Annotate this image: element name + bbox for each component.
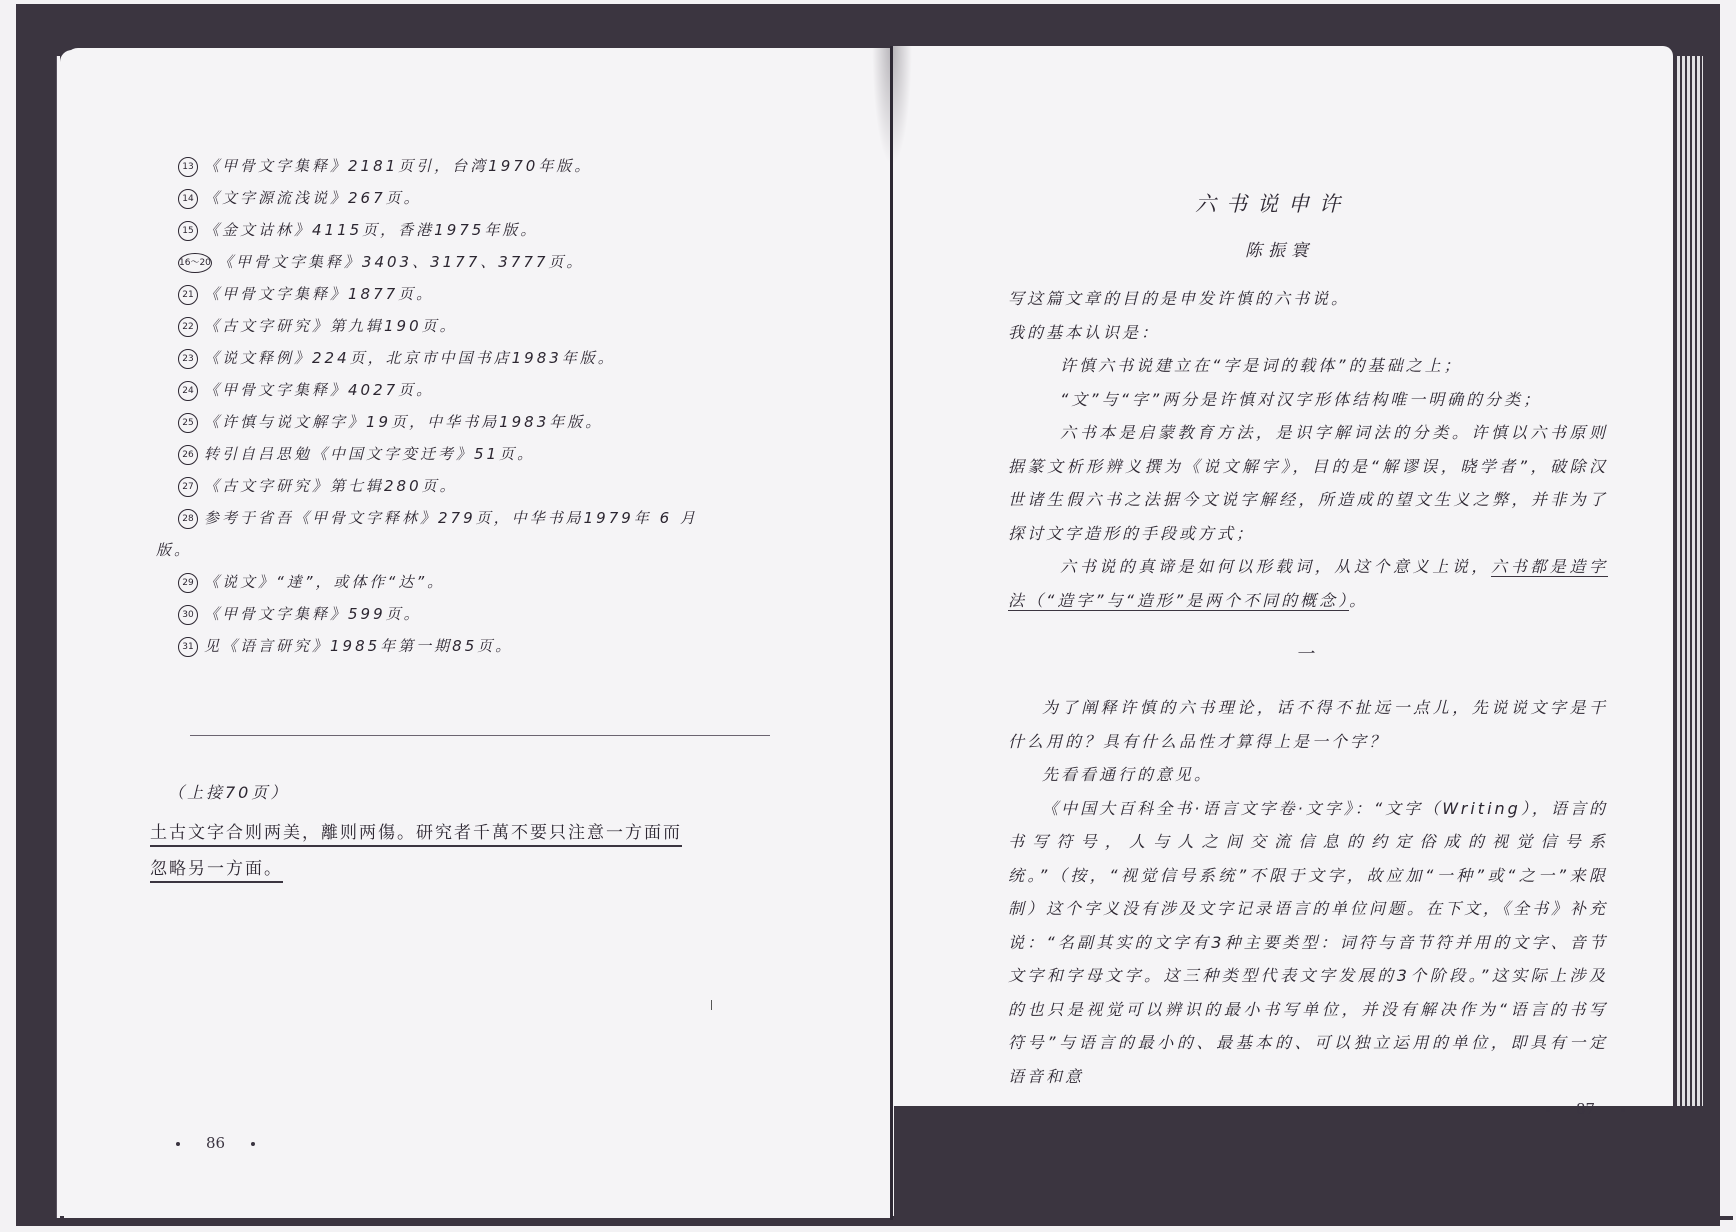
footnote-text: 《甲骨文字集释》599页。	[204, 605, 422, 623]
footnote-number: 30	[178, 605, 198, 625]
footnotes-list: 13《甲骨文字集释》2181页引，台湾1970年版。14《文字源流浅说》267页…	[178, 150, 798, 662]
footnote-text: 《甲骨文字集释》1877页。	[204, 285, 434, 303]
footnote-number: 23	[178, 349, 198, 369]
footnote-text: 《甲骨文字集释》3403、3177、3777页。	[218, 253, 585, 271]
footnote: 21《甲骨文字集释》1877页。	[178, 278, 798, 310]
footnote-number: 22	[178, 317, 198, 337]
paragraph: “文”与“字”两分是许慎对汉字形体结构唯一明确的分类；	[1008, 383, 1608, 417]
footnote: 22《古文字研究》第九辑190页。	[178, 310, 798, 342]
footnote: 28参考于省吾《甲骨文字释林》279页，中华书局1979年 6 月	[178, 502, 798, 534]
dot-icon	[251, 1142, 255, 1146]
paragraph: 我的基本认识是：	[1008, 316, 1608, 350]
footnote-text: 转引自吕思勉《中国文字变迁考》51页。	[204, 445, 535, 463]
section-paragraphs: 为了阐释许慎的六书理论，话不得不扯远一点儿，先说说文字是干什么用的？具有什么品性…	[1008, 691, 1608, 1093]
footnote-text: 《古文字研究》第七辑280页。	[204, 477, 458, 495]
footnote-text: 见《语言研究》1985年第一期85页。	[204, 637, 513, 655]
continued-line-2: 忽略另一方面。	[150, 859, 283, 883]
footnote-number: 31	[178, 637, 198, 657]
footnote-number: 24	[178, 381, 198, 401]
footnote: 29《说文》“達”，或体作“达”。	[178, 566, 798, 598]
footnote-text: 版。	[156, 541, 192, 559]
stray-mark	[711, 1000, 712, 1010]
footnote-number: 27	[178, 477, 198, 497]
bottom-edge	[893, 1216, 1733, 1220]
footnote-text: 《古文字研究》第九辑190页。	[204, 317, 458, 335]
footnote-number: 15	[178, 221, 198, 241]
article-author: 陈振寰	[1245, 236, 1314, 261]
footnote-number: 25	[178, 413, 198, 433]
paragraph: 许慎六书说建立在“字是词的载体”的基础之上；	[1008, 349, 1608, 383]
footnote: 14《文字源流浅说》267页。	[178, 182, 798, 214]
page-number-left: 86	[150, 1134, 281, 1152]
dot-icon	[1621, 1108, 1625, 1112]
footnote-number: 28	[178, 509, 198, 529]
footnote-number: 14	[178, 189, 198, 209]
continued-label: （上接70页）	[168, 780, 289, 803]
key-claim-paragraph: 六书说的真谛是如何以形载词，从这个意义上说，六书都是造字法（“造字”与“造形”是…	[1008, 550, 1608, 617]
footnote-text: 《甲骨文字集释》4027页。	[204, 381, 434, 399]
footnote: 15《金文诂林》4115页，香港1975年版。	[178, 214, 798, 246]
dot-icon	[1546, 1108, 1550, 1112]
footnote-number: 21	[178, 285, 198, 305]
footnote: 24《甲骨文字集释》4027页。	[178, 374, 798, 406]
footnote-text: 《说文释例》224页，北京市中国书店1983年版。	[204, 349, 616, 367]
footnote: 31见《语言研究》1985年第一期85页。	[178, 630, 798, 662]
footnote-text: 参考于省吾《甲骨文字释林》279页，中华书局1979年 6 月	[204, 509, 698, 527]
continued-text: 土古文字合则两美，離则两傷。研究者千萬不要只注意一方面而 忽略另一方面。	[150, 815, 770, 887]
paragraph: 先看看通行的意见。	[1008, 758, 1608, 792]
footnote: 25《许慎与说文解字》19页，中华书局1983年版。	[178, 406, 798, 438]
paragraph: 写这篇文章的目的是申发许慎的六书说。	[1008, 282, 1608, 316]
footnote: 13《甲骨文字集释》2181页引，台湾1970年版。	[178, 150, 798, 182]
footnote-text: 《许慎与说文解字》19页，中华书局1983年版。	[204, 413, 603, 431]
footnote: 27《古文字研究》第七辑280页。	[178, 470, 798, 502]
footnote-text: 《文字源流浅说》267页。	[204, 189, 422, 207]
footnote: 26转引自吕思勉《中国文字变迁考》51页。	[178, 438, 798, 470]
dot-icon	[176, 1142, 180, 1146]
footnote-text: 《甲骨文字集释》2181页引，台湾1970年版。	[204, 157, 592, 175]
footnote: 23《说文释例》224页，北京市中国书店1983年版。	[178, 342, 798, 374]
paragraph: 为了阐释许慎的六书理论，话不得不扯远一点儿，先说说文字是干什么用的？具有什么品性…	[1008, 691, 1608, 758]
article-title: 六书说申许	[1195, 188, 1350, 218]
section-number: 一	[1008, 625, 1608, 685]
article-body: 写这篇文章的目的是申发许慎的六书说。我的基本认识是：许慎六书说建立在“字是词的载…	[1008, 282, 1608, 1093]
footnote-number: 29	[178, 573, 198, 593]
footnote: 30《甲骨文字集释》599页。	[178, 598, 798, 630]
book-spine	[890, 46, 893, 1220]
footnote-text: 《说文》“達”，或体作“达”。	[204, 573, 445, 591]
footnote-text: 《金文诂林》4115页，香港1975年版。	[204, 221, 538, 239]
paragraph: 六书本是启蒙教育方法，是识字解词法的分类。许慎以六书原则据篆文析形辨义撰为《说文…	[1008, 416, 1608, 550]
footnote-number: 13	[178, 157, 198, 177]
footnote: 版。	[156, 534, 798, 566]
page-number-right: 87	[1520, 1100, 1651, 1118]
footnote-number: 16～20	[178, 253, 212, 273]
paragraph: 《中国大百科全书·语言文字卷·文字》：“文字（Writing），语言的书写符号，…	[1008, 792, 1608, 1094]
section-divider	[190, 735, 770, 736]
intro-paragraphs: 写这篇文章的目的是申发许慎的六书说。我的基本认识是：许慎六书说建立在“字是词的载…	[1008, 282, 1608, 550]
footnote-number: 26	[178, 445, 198, 465]
continued-line-1: 土古文字合则两美，離则两傷。研究者千萬不要只注意一方面而	[150, 823, 682, 847]
footnote: 16～20《甲骨文字集释》3403、3177、3777页。	[178, 246, 798, 278]
